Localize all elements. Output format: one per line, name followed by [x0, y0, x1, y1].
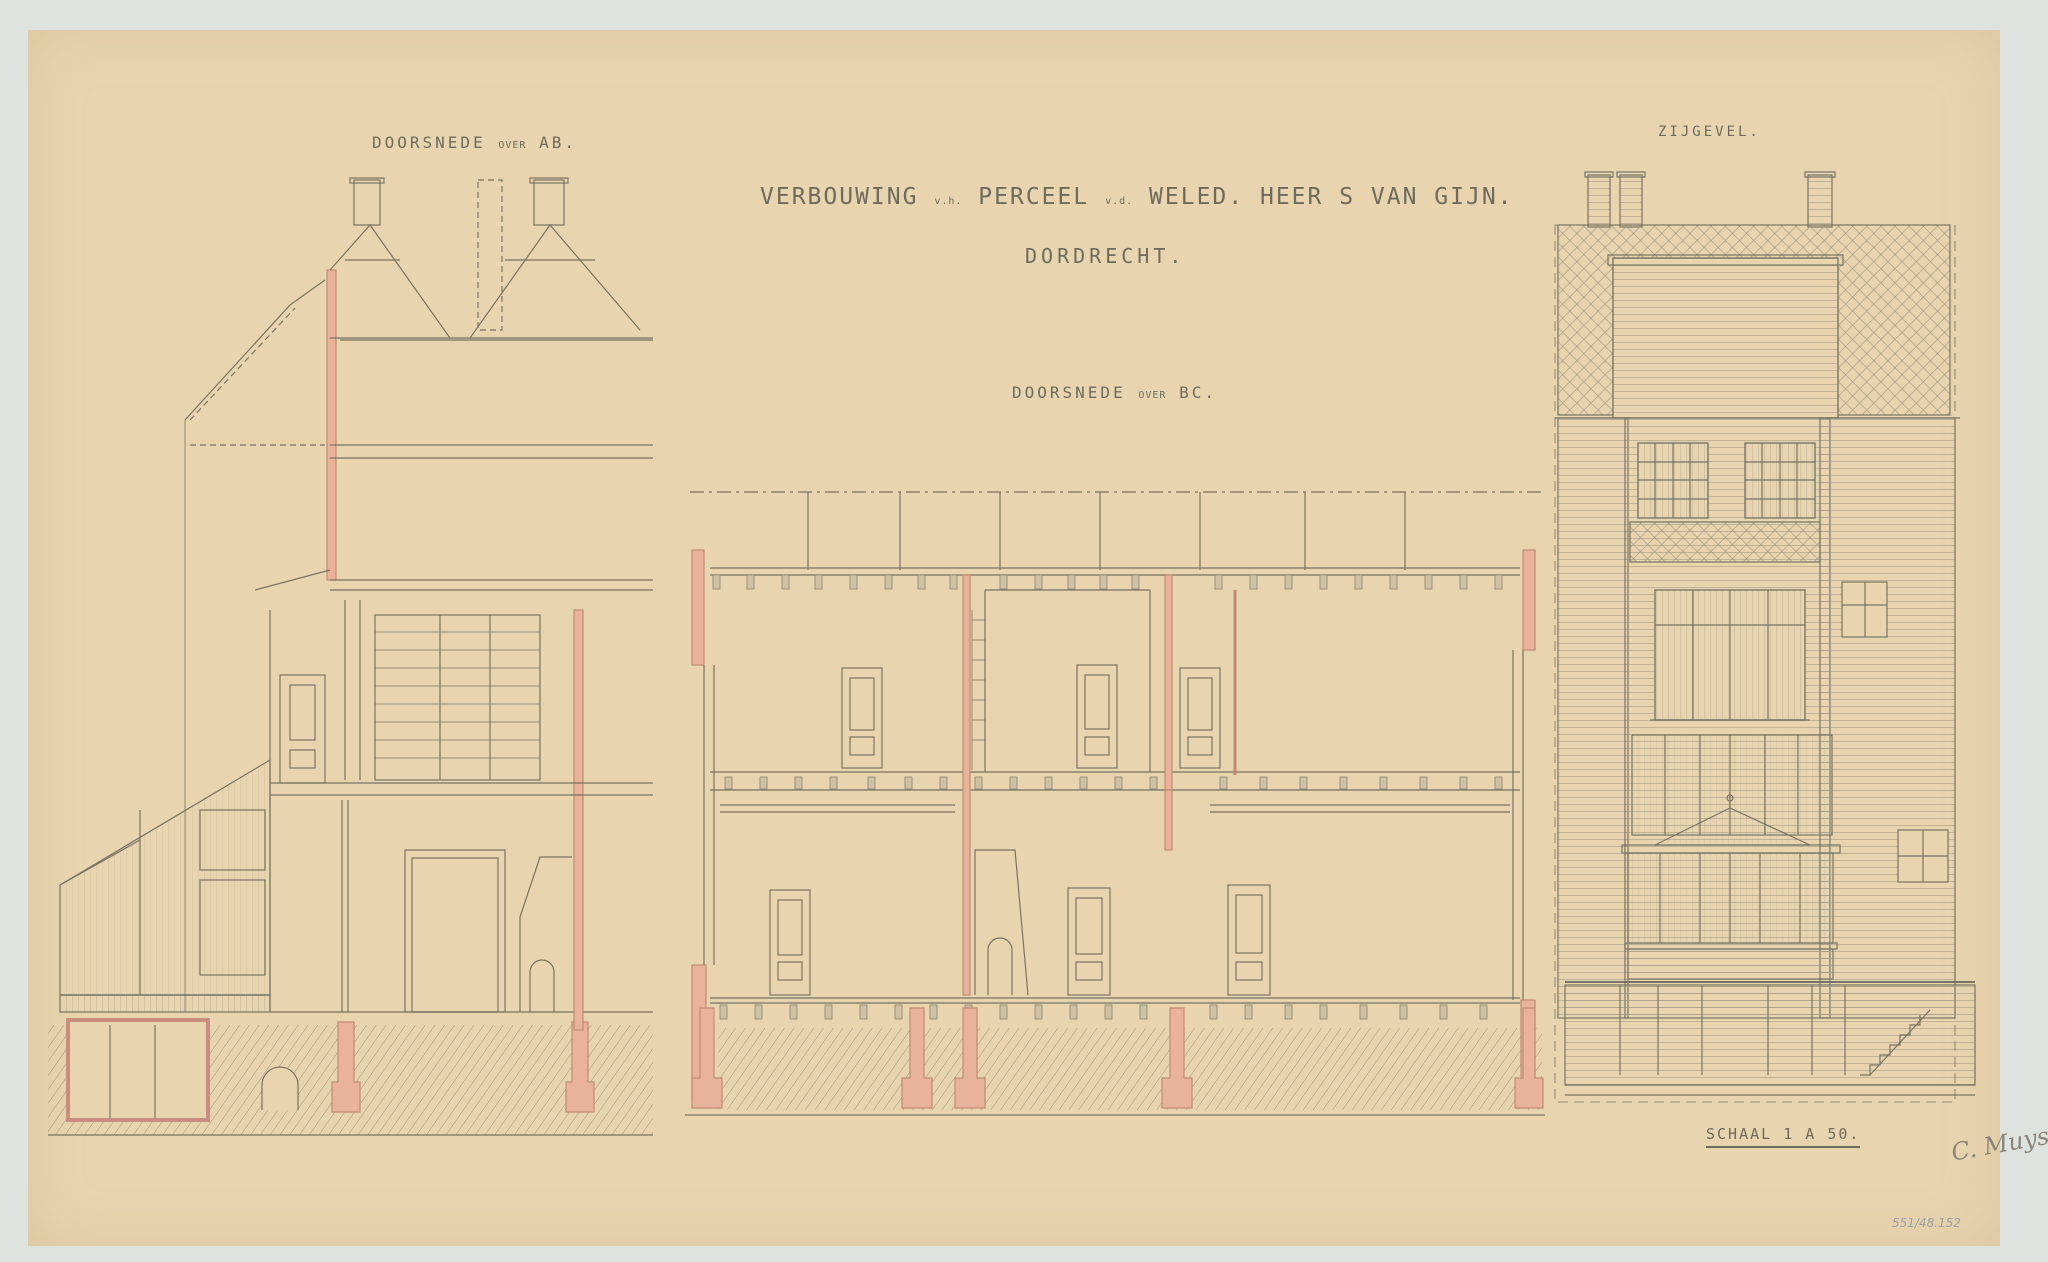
- side-elevation-drawing: [1555, 172, 1975, 1102]
- title-part: VERBOUWING: [760, 184, 918, 210]
- title-abbrev: v.h.: [934, 196, 962, 207]
- title-part: WELED. HEER S VAN GIJN.: [1149, 184, 1514, 210]
- section-bc-label: DOORSNEDE OVER BC.: [1012, 383, 1217, 402]
- label-end: AB.: [539, 133, 577, 152]
- section-bc-drawing: [685, 492, 1545, 1115]
- label-main: DOORSNEDE: [372, 133, 486, 152]
- label-small: OVER: [498, 140, 526, 151]
- title-abbrev: v.d.: [1105, 196, 1133, 207]
- section-ab-drawing: [48, 178, 653, 1135]
- label-small: OVER: [1138, 390, 1166, 401]
- title-part: PERCEEL: [978, 184, 1089, 210]
- side-elevation-label: ZIJGEVEL.: [1658, 124, 1761, 140]
- section-ab-label: DOORSNEDE OVER AB.: [372, 133, 577, 152]
- label-end: BC.: [1179, 383, 1217, 402]
- label-main: DOORSNEDE: [1012, 383, 1126, 402]
- archive-number: 551/48.152: [1892, 1216, 1961, 1230]
- sheet-title: VERBOUWING v.h. PERCEEL v.d. WELED. HEER…: [760, 184, 1514, 210]
- scale-label: SCHAAL 1 A 50.: [1706, 1125, 1860, 1148]
- sheet-location: DORDRECHT.: [1025, 244, 1185, 268]
